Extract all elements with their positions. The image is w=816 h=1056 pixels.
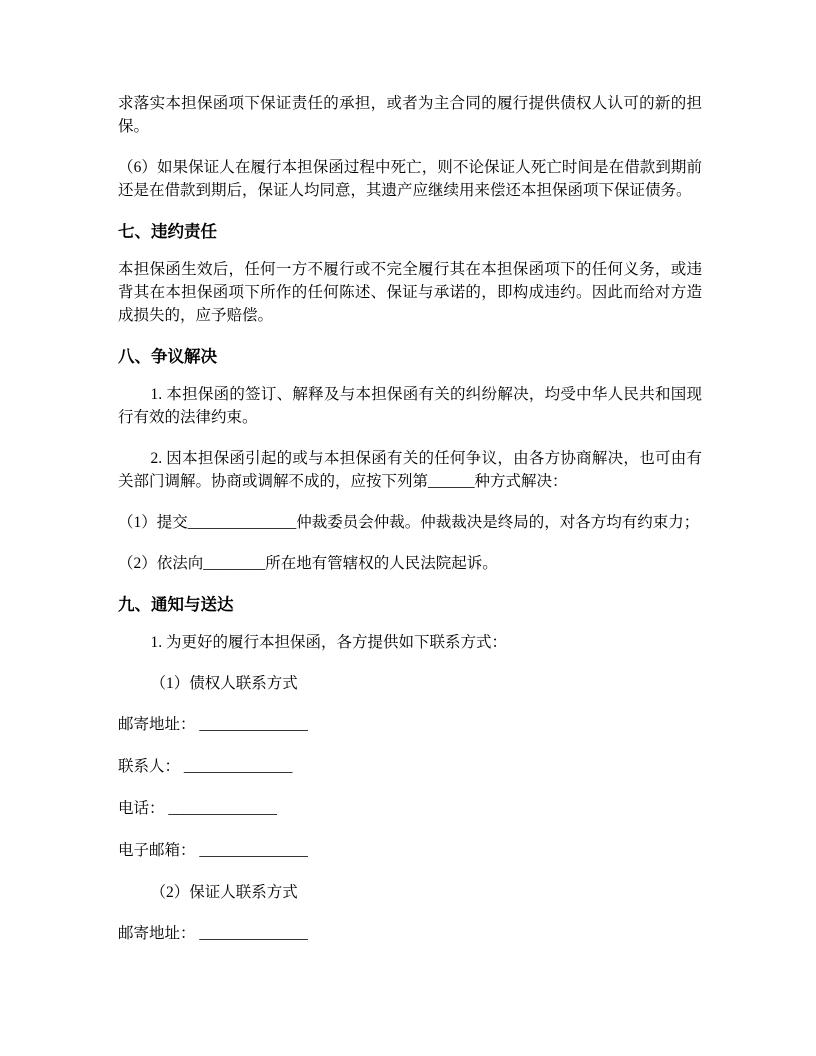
field-contact-person-creditor: 联系人： ______________: [118, 755, 702, 778]
section-heading-dispute-resolution: 八、争议解决: [118, 345, 702, 368]
paragraph-guarantor-death-clause: （6）如果保证人在履行本担保函过程中死亡，则不论保证人死亡时间是在借款到期前还是…: [118, 156, 702, 202]
paragraph-dispute-methods: 2. 因本担保函引起的或与本担保函有关的任何争议，由各方协商解决，也可由有关部门…: [118, 447, 702, 493]
paragraph-governing-law: 1. 本担保函的签订、解释及与本担保函有关的纠纷解决，均受中华人民共和国现行有效…: [118, 383, 702, 429]
section-heading-notice-service: 九、通知与送达: [118, 593, 702, 616]
document-page: 求落实本担保函项下保证责任的承担，或者为主合同的履行提供债权人认可的新的担保。（…: [0, 0, 816, 1056]
document-content: 求落实本担保函项下保证责任的承担，或者为主合同的履行提供债权人认可的新的担保。（…: [118, 92, 702, 945]
paragraph-guarantor-contact-title: （2）保证人联系方式: [118, 881, 702, 904]
field-mailing-address-guarantor: 邮寄地址： ______________: [118, 922, 702, 945]
paragraph-breach-liability: 本担保函生效后，任何一方不履行或不完全履行其在本担保函项下的任何义务，或违背其在…: [118, 258, 702, 327]
paragraph-arbitration-option: （1）提交______________仲裁委员会仲裁。仲裁裁决是终局的，对各方均…: [118, 511, 702, 534]
section-heading-breach-liability: 七、违约责任: [118, 220, 702, 243]
field-email-creditor: 电子邮箱： ______________: [118, 839, 702, 862]
paragraph-litigation-option: （2）依法向________所在地有管辖权的人民法院起诉。: [118, 552, 702, 575]
paragraph-contact-intro: 1. 为更好的履行本担保函，各方提供如下联系方式：: [118, 631, 702, 654]
field-phone-creditor: 电话： ______________: [118, 797, 702, 820]
paragraph-guarantee-continuation: 求落实本担保函项下保证责任的承担，或者为主合同的履行提供债权人认可的新的担保。: [118, 92, 702, 138]
field-mailing-address-creditor: 邮寄地址： ______________: [118, 713, 702, 736]
paragraph-creditor-contact-title: （1）债权人联系方式: [118, 672, 702, 695]
